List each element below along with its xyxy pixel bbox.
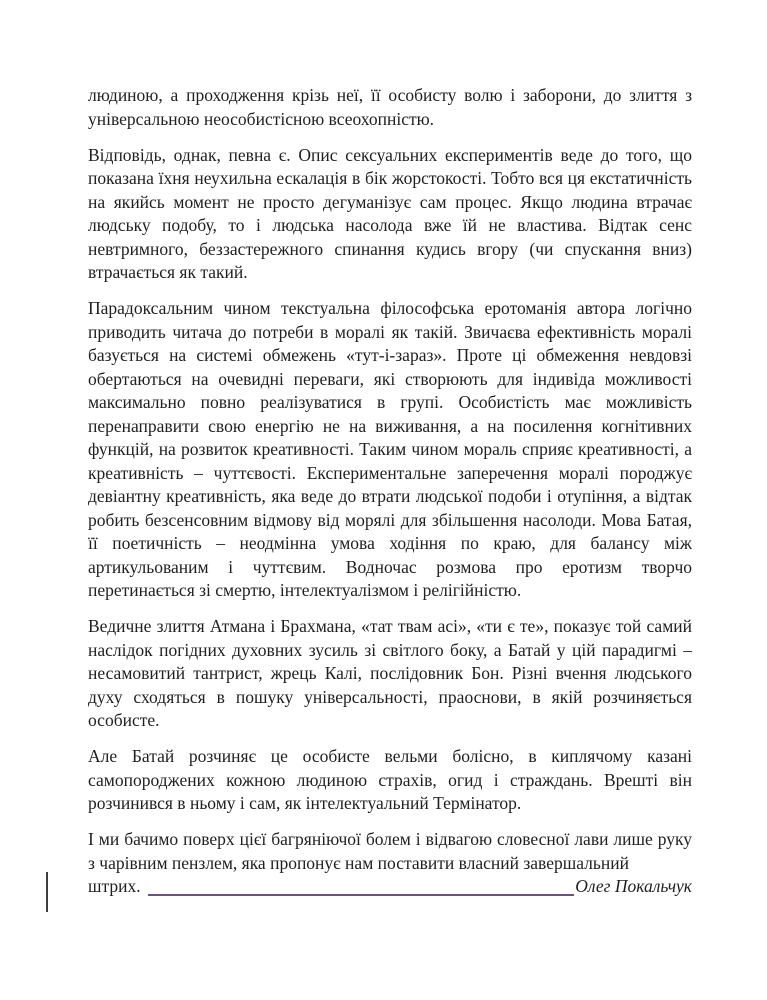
paragraph: Парадоксальним чином текстуальна філософ… <box>88 297 692 603</box>
signature-row: штрих. Олег Покальчук <box>88 875 692 899</box>
margin-revision-mark <box>46 872 48 912</box>
text-block: людиною, а проходження крізь неї, її осо… <box>88 84 692 899</box>
document-page: людиною, а проходження крізь неї, її осо… <box>0 0 767 1000</box>
signature-line <box>148 894 575 896</box>
paragraph: людиною, а проходження крізь неї, її осо… <box>88 84 692 131</box>
paragraph: Відповідь, однак, певна є. Опис сексуаль… <box>88 144 692 285</box>
paragraph: Ведичне злиття Атмана і Брахмана, «тат т… <box>88 615 692 733</box>
closing-paragraph: І ми бачимо поверх цієї багряніючої боле… <box>88 828 692 875</box>
paragraph: Але Батай розчиняє це особисте вельми бо… <box>88 745 692 816</box>
author-signature: Олег Покальчук <box>575 875 692 899</box>
closing-last-word: штрих. <box>88 875 141 899</box>
